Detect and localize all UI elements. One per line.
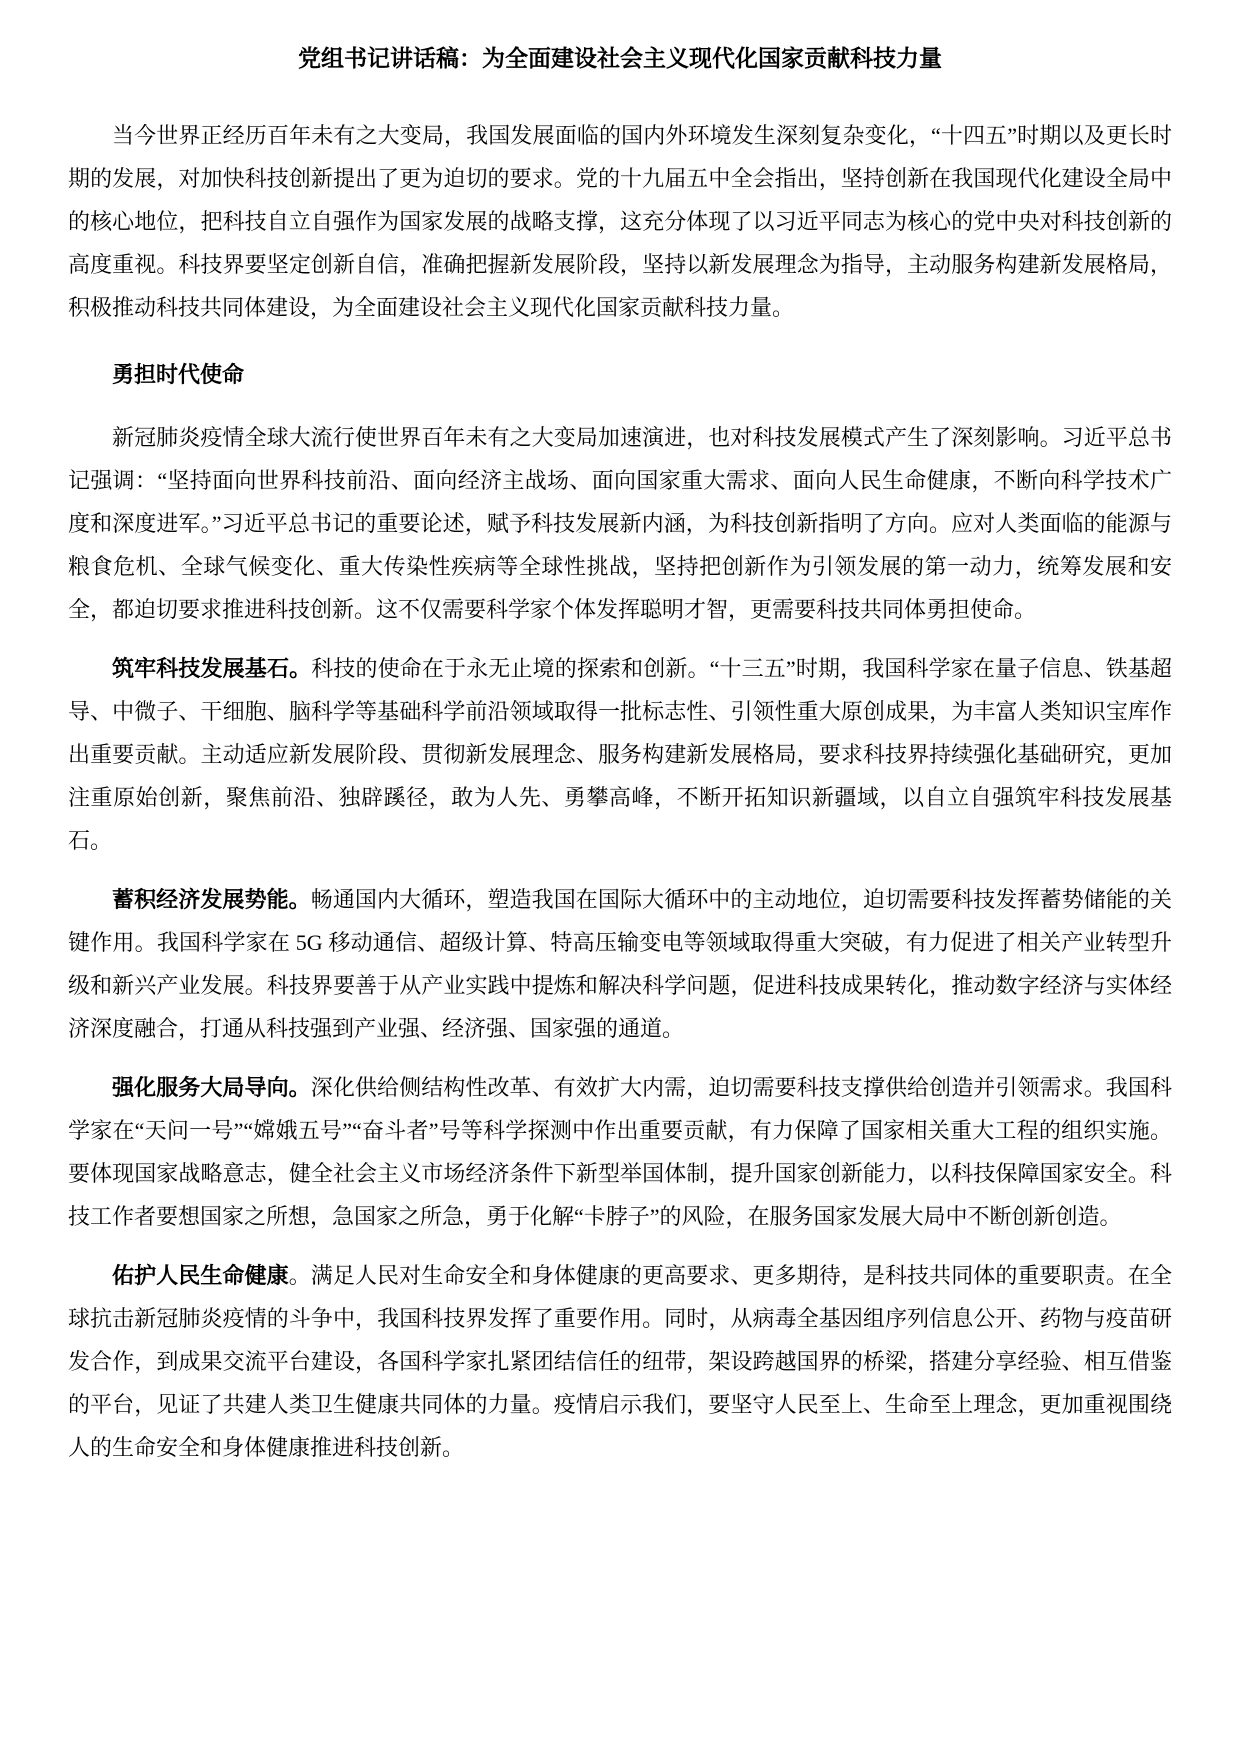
section-heading-mission: 勇担时代使命 bbox=[68, 353, 1172, 396]
paragraph-lead: 佑护人民生命健康 bbox=[112, 1263, 289, 1288]
paragraph-text: 新冠肺炎疫情全球大流行使世界百年未有之大变局加速演进，也对科技发展模式产生了深刻… bbox=[68, 425, 1172, 622]
document-page: 党组书记讲话稿：为全面建设社会主义现代化国家贡献科技力量 当今世界正经历百年未有… bbox=[0, 0, 1240, 1754]
paragraph-life-health: 佑护人民生命健康。满足人民对生命安全和身体健康的更高要求、更多期待，是科技共同体… bbox=[68, 1254, 1172, 1469]
paragraph-text: 。满足人民对生命安全和身体健康的更高要求、更多期待，是科技共同体的重要职责。在全… bbox=[68, 1263, 1172, 1460]
intro-paragraph: 当今世界正经历百年未有之大变局，我国发展面临的国内外环境发生深刻复杂变化，“十四… bbox=[68, 114, 1172, 329]
paragraph-economic-momentum: 蓄积经济发展势能。畅通国内大循环，塑造我国在国际大循环中的主动地位，迫切需要科技… bbox=[68, 878, 1172, 1050]
paragraph-lead: 强化服务大局导向。 bbox=[112, 1075, 311, 1100]
paragraph-pandemic-mission: 新冠肺炎疫情全球大流行使世界百年未有之大变局加速演进，也对科技发展模式产生了深刻… bbox=[68, 416, 1172, 631]
paragraph-national-strategy: 强化服务大局导向。深化供给侧结构性改革、有效扩大内需，迫切需要科技支撑供给创造并… bbox=[68, 1066, 1172, 1238]
paragraph-lead: 筑牢科技发展基石。 bbox=[112, 656, 311, 681]
paragraph-text: 科技的使命在于永无止境的探索和创新。“十三五”时期，我国科学家在量子信息、铁基超… bbox=[68, 656, 1172, 853]
document-title: 党组书记讲话稿：为全面建设社会主义现代化国家贡献科技力量 bbox=[68, 44, 1172, 74]
paragraph-lead: 蓄积经济发展势能。 bbox=[112, 887, 311, 912]
paragraph-science-foundation: 筑牢科技发展基石。科技的使命在于永无止境的探索和创新。“十三五”时期，我国科学家… bbox=[68, 647, 1172, 862]
